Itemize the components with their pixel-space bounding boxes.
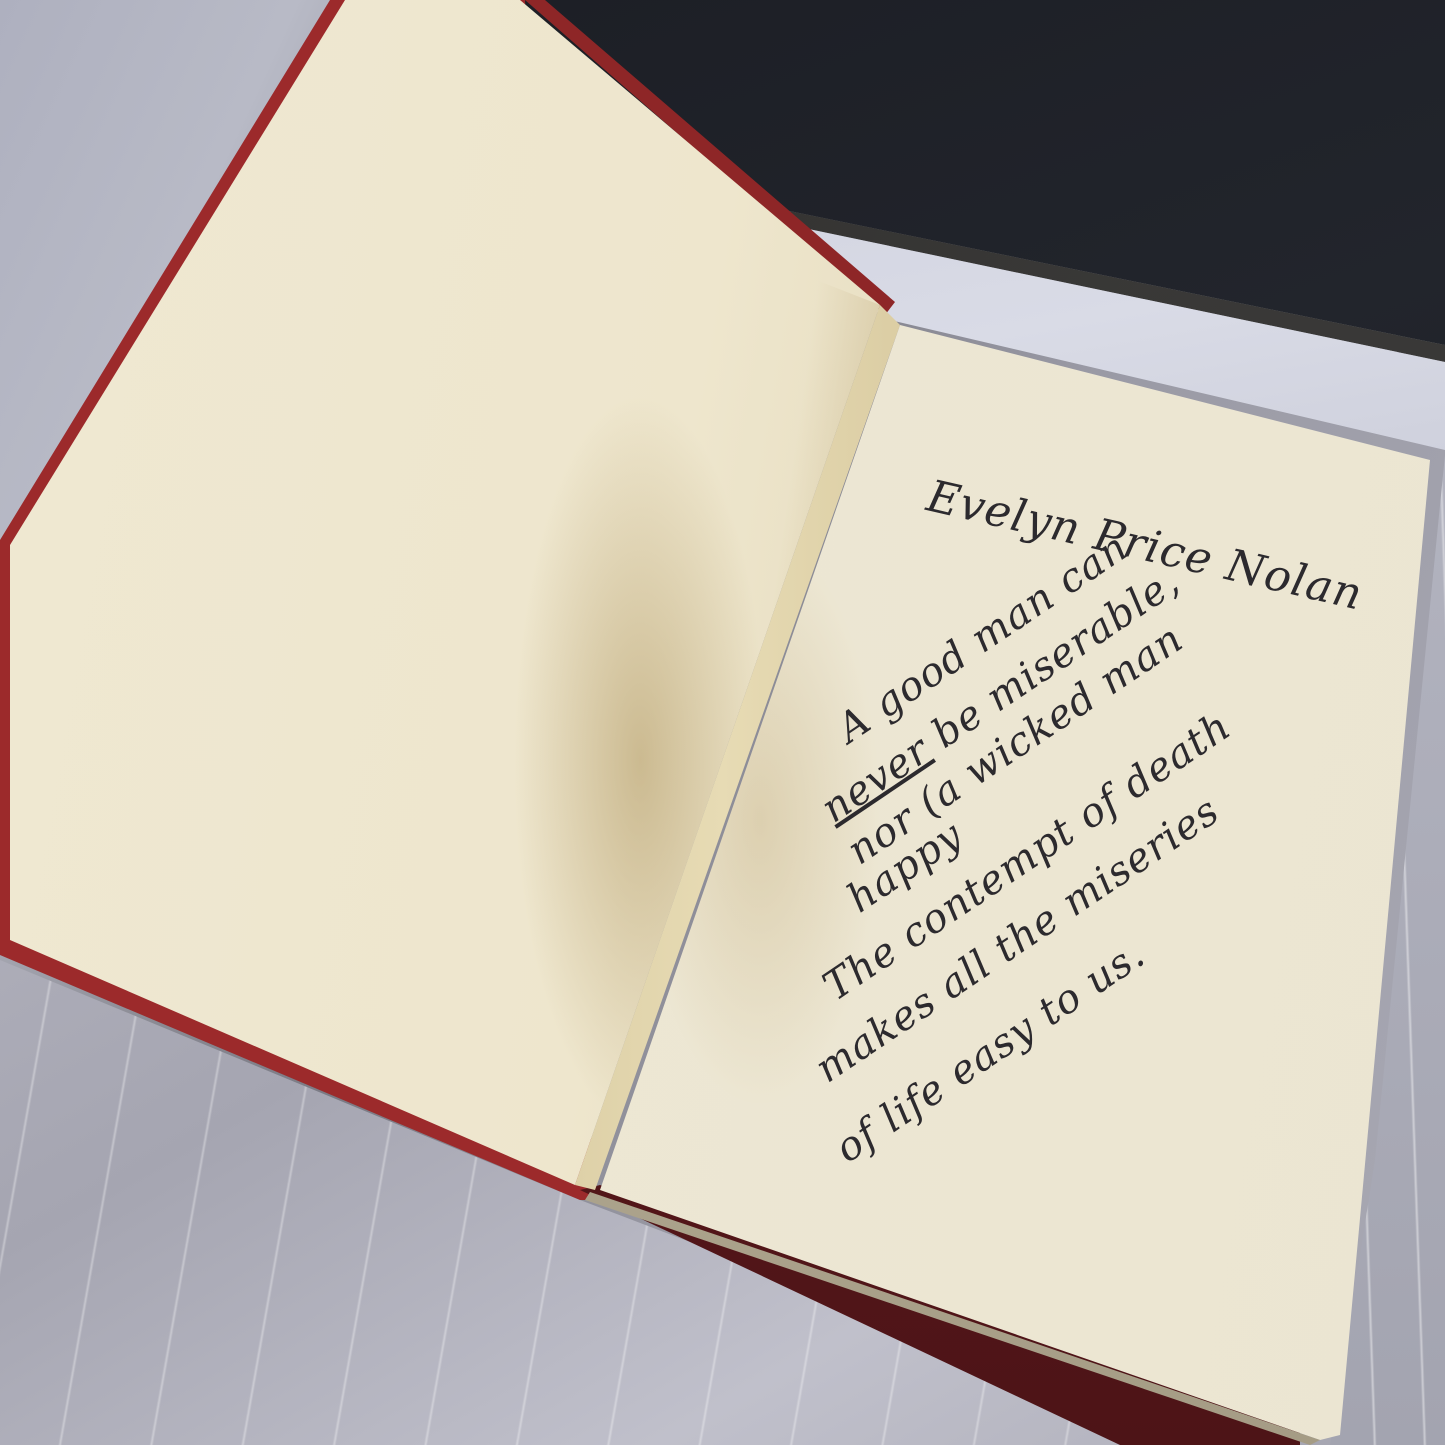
- book-photo: Evelyn Price Nolan A good man can never …: [0, 0, 1445, 1445]
